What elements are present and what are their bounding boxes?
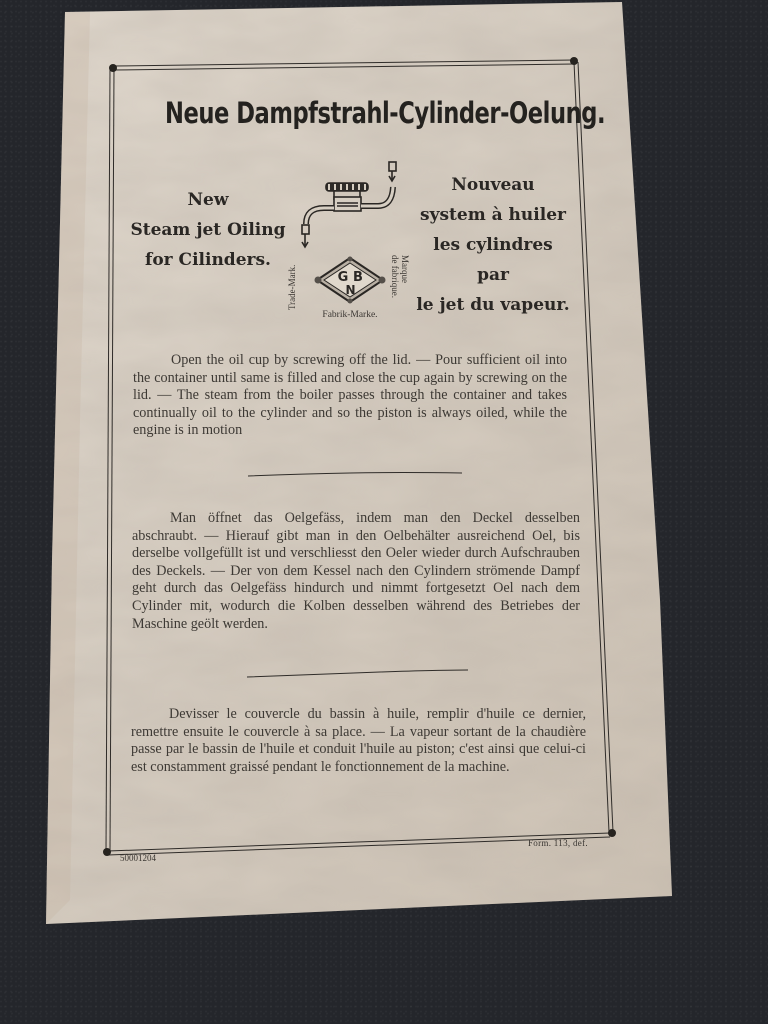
french-heading-line-5: le jet du vapeur. <box>408 290 578 320</box>
french-heading-line-2: system à huiler <box>408 200 578 230</box>
french-heading: Nouveau system à huiler les cylindres pa… <box>408 170 578 320</box>
english-instructions: Open the oil cup by screwing off the lid… <box>133 352 567 440</box>
printed-leaflet: Neue Dampfstrahl-Cylinder-Oelung. New St… <box>0 0 768 1024</box>
english-heading-line-3: for Cilinders. <box>128 245 288 275</box>
english-heading-line-1: New <box>128 185 288 215</box>
print-number: 50001204 <box>120 853 156 863</box>
form-number: Form. 113, def. <box>528 838 588 848</box>
german-instructions: Man öffnet das Oelgefäss, indem man den … <box>132 510 580 633</box>
english-paragraph: Open the oil cup by screwing off the lid… <box>133 352 567 440</box>
fabrik-marke-label: Fabrik-Marke. <box>305 310 395 320</box>
french-heading-line-1: Nouveau <box>408 170 578 200</box>
steam-oiler-illustration-icon <box>290 160 410 250</box>
divider-line-2 <box>247 670 468 677</box>
trade-mark-label: Trade-Mark. <box>287 265 297 310</box>
german-paragraph: Man öffnet das Oelgefäss, indem man den … <box>132 510 580 633</box>
divider-line-1 <box>248 473 462 477</box>
english-heading: New Steam jet Oiling for Cilinders. <box>128 185 288 275</box>
marque-de-fabrique-label: Marque de fabrique. <box>390 255 410 298</box>
french-paragraph: Devisser le couvercle du bassin à huile,… <box>131 706 586 776</box>
de-fabrique-label: de fabrique. <box>390 255 400 298</box>
marque-label: Marque <box>400 255 410 283</box>
french-heading-line-3: les cylindres <box>408 230 578 260</box>
french-heading-line-4: par <box>408 260 578 290</box>
gbn-trademark-logo-icon: G B N <box>313 255 387 305</box>
svg-text:N: N <box>345 283 355 297</box>
document-title: Neue Dampfstrahl-Cylinder-Oelung. <box>165 96 555 130</box>
english-heading-line-2: Steam jet Oiling <box>128 215 288 245</box>
french-instructions: Devisser le couvercle du bassin à huile,… <box>131 706 586 776</box>
